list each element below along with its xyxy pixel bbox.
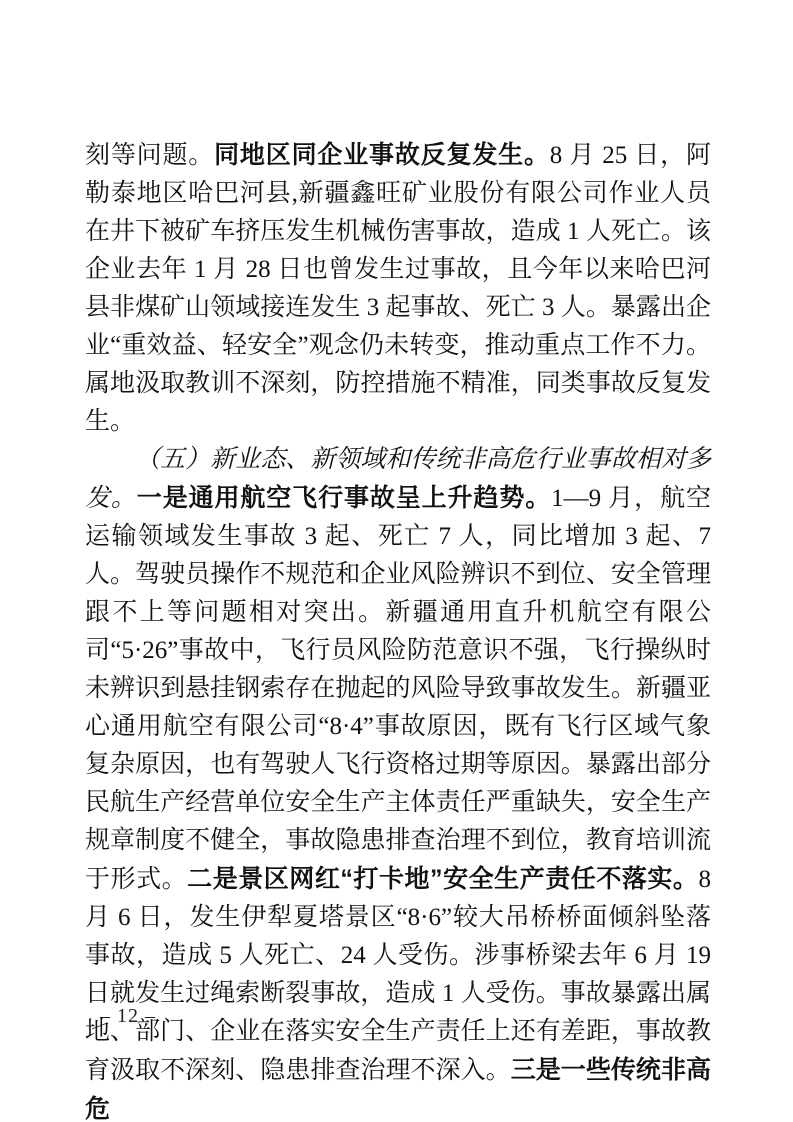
paragraph: （五）新业态、新领域和传统非高危行业事故相对多发。一是通用航空飞行事故呈上升趋势…: [85, 441, 711, 1122]
document-body: 刻等问题。同地区同企业事故反复发生。8 月 25 日，阿勒泰地区哈巴河县,新疆鑫…: [85, 136, 711, 1122]
text-run-normal: 1—9 月，航空运输领域发生事故 3 起、死亡 7 人，同比增加 3 起、7 人…: [85, 485, 711, 893]
text-run-normal: 8 月 25 日，阿勒泰地区哈巴河县,新疆鑫旺矿业股份有限公司作业人员在井下被矿…: [85, 142, 711, 435]
paragraph: 刻等问题。同地区同企业事故反复发生。8 月 25 日，阿勒泰地区哈巴河县,新疆鑫…: [85, 136, 711, 441]
text-run-bold: 同地区同企业事故反复发生。: [214, 141, 550, 169]
document-page: 刻等问题。同地区同企业事故反复发生。8 月 25 日，阿勒泰地区哈巴河县,新疆鑫…: [0, 0, 793, 1122]
text-run-bold: 一是通用航空飞行事故呈上升趋势。: [137, 484, 551, 512]
page-number: – 12 –: [100, 1002, 156, 1030]
text-run-normal: 8 月 6 日，发生伊犁夏塔景区“8·6”较大吊桥桥面倾斜坠落事故，造成 5 人…: [85, 866, 711, 1084]
text-run-normal: 刻等问题。: [85, 142, 214, 169]
text-run-bold: 二是景区网红“打卡地”安全生产责任不落实。: [187, 865, 698, 893]
